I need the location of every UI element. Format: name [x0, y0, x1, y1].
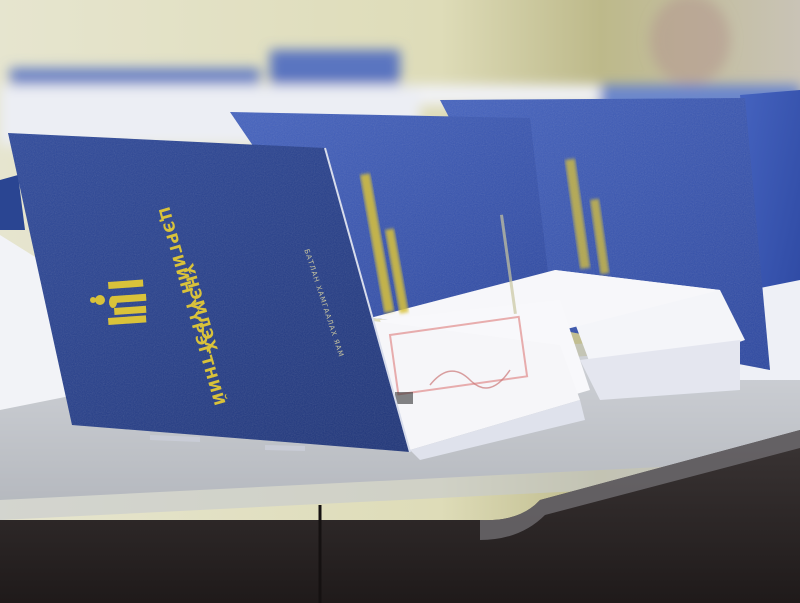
photo-scene: ЦЭРГИЙН ҮҮРЭГТНИЙ ҮНЭМЛЭХ БАТЛАН ХАМГААЛ… — [0, 0, 800, 603]
scene-drawing — [0, 0, 800, 603]
